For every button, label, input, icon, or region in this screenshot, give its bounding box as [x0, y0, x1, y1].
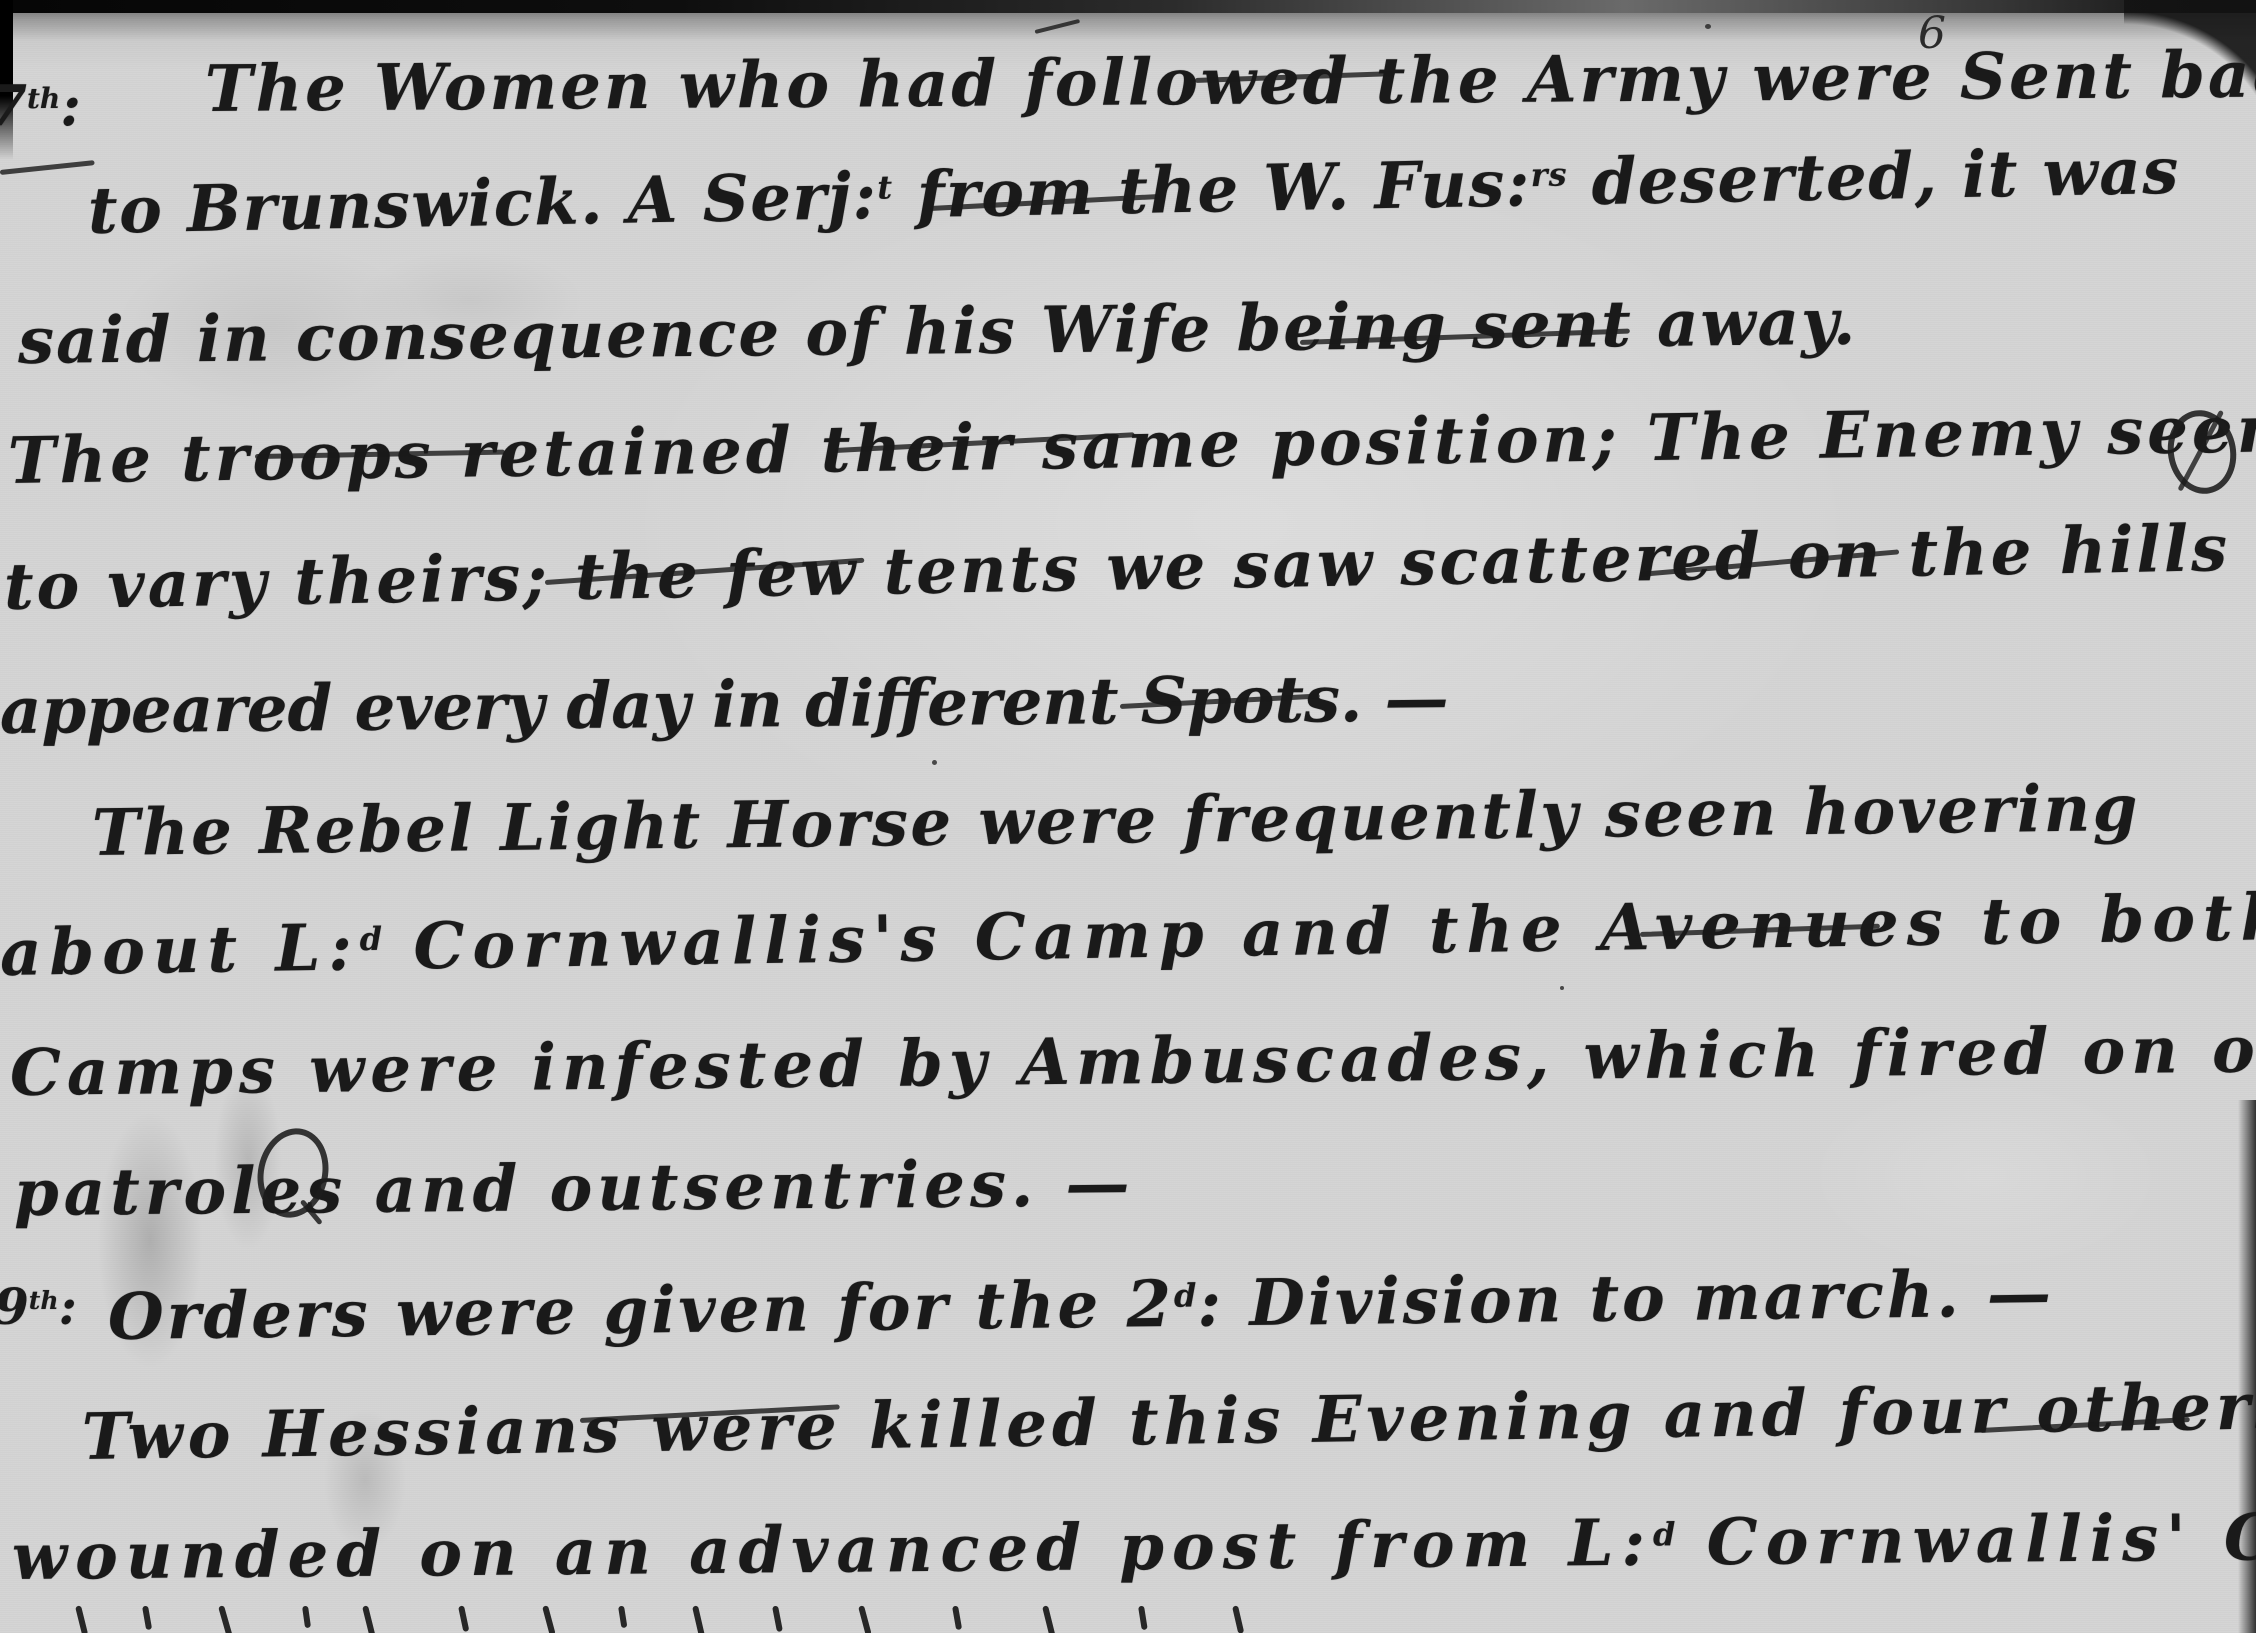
line-text: to vary theirs; the few tents we saw sca… [3, 511, 2230, 625]
line-text: from the W. Fus: [892, 146, 1531, 233]
ink-speck [932, 760, 937, 765]
superscript-text: t [877, 168, 894, 206]
margin-date-note: 9th: [0, 1282, 77, 1332]
manuscript-line: The Rebel Light Horse were frequently se… [92, 777, 2141, 866]
partial-line-stroke [1232, 1605, 1244, 1633]
partial-line-stroke [362, 1605, 376, 1633]
line-text: : Division to march. — [1197, 1256, 2054, 1341]
margin-date-note: 7th: [0, 78, 81, 134]
manuscript-line: Orders were given for the 2d: Division t… [108, 1262, 2055, 1350]
manuscript-line: Two Hessians were killed this Evening an… [82, 1375, 2256, 1470]
line-text: Cornwallis's Camp and the Avenues to bot… [383, 880, 2256, 985]
margin-date-punct: : [60, 73, 81, 139]
line-text: appeared every day in different Spots. — [0, 661, 1449, 749]
manuscript-line: appeared every day in different Spots. — [0, 667, 1449, 744]
line-text: Camps were infested by Ambuscades, which… [10, 1011, 2256, 1111]
superscript-text: rs [1530, 155, 1568, 194]
manuscript-line: wounded on an advanced post from L:d Cor… [12, 1505, 2256, 1590]
line-text: about L: [0, 910, 360, 991]
partial-line-stroke [618, 1606, 627, 1629]
partial-line-stroke [952, 1605, 962, 1630]
partial-line-stroke [1042, 1605, 1056, 1633]
partial-line-stroke [858, 1605, 872, 1633]
manuscript-page: 6 7th:9th: The Women who had followed th… [0, 0, 2256, 1633]
line-text: to Brunswick. A Serj: [87, 159, 878, 249]
manuscript-line: to vary theirs; the few tents we saw sca… [3, 517, 2230, 620]
partial-line-stroke [542, 1605, 556, 1633]
superscript-text: d [1174, 1277, 1198, 1315]
superscript-text: d [1653, 1515, 1677, 1553]
partial-line-stroke [1138, 1606, 1148, 1631]
superscript-text: d [359, 920, 383, 958]
partial-line-stroke [218, 1605, 233, 1633]
pen-stroke [0, 160, 95, 175]
partial-line-stroke [75, 1605, 88, 1633]
manuscript-line: about L:d Cornwallis's Camp and the Aven… [0, 886, 2256, 986]
line-text: The troops retained their same position;… [7, 391, 2256, 499]
line-text: wounded on an advanced post from L: [12, 1506, 1654, 1595]
partial-line-stroke [772, 1605, 783, 1632]
partial-line-stroke [142, 1605, 152, 1630]
ink-speck [1560, 986, 1564, 990]
manuscript-line: Camps were infested by Ambuscades, which… [10, 1017, 2256, 1106]
ink-speck [1705, 24, 1711, 29]
line-text: deserted, it was [1567, 134, 2180, 221]
margin-date-ordinal: th [27, 82, 60, 115]
margin-date-number: 9 [0, 1277, 29, 1336]
line-text: The Women who had followed the Army were… [205, 37, 2256, 127]
line-text: The Rebel Light Horse were frequently se… [92, 771, 2141, 871]
manuscript-line: to Brunswick. A Serj:t from the W. Fus:r… [87, 140, 2180, 244]
ink-speck [660, 1205, 665, 1209]
margin-date-ordinal: th [29, 1286, 59, 1315]
manuscript-line: The Women who had followed the Army were… [205, 43, 2256, 122]
partial-line-stroke [458, 1605, 469, 1632]
line-text: Two Hessians were killed this Evening an… [81, 1369, 2256, 1475]
manuscript-line: The troops retained their same position;… [8, 397, 2256, 494]
partial-line-stroke [302, 1606, 311, 1629]
manuscript-line: patroles and outsentries. — [14, 1152, 1135, 1226]
line-text: patroles and outsentries. — [14, 1146, 1135, 1231]
line-text: Orders were given for the 2 [108, 1267, 1175, 1355]
margin-date-punct: : [59, 1277, 77, 1336]
partial-line-stroke [692, 1605, 705, 1633]
ink-mark-cross-stroke [2177, 410, 2224, 492]
margin-date-number: 7 [0, 73, 27, 139]
line-text: Cornwallis' Camp [1676, 1499, 2256, 1581]
